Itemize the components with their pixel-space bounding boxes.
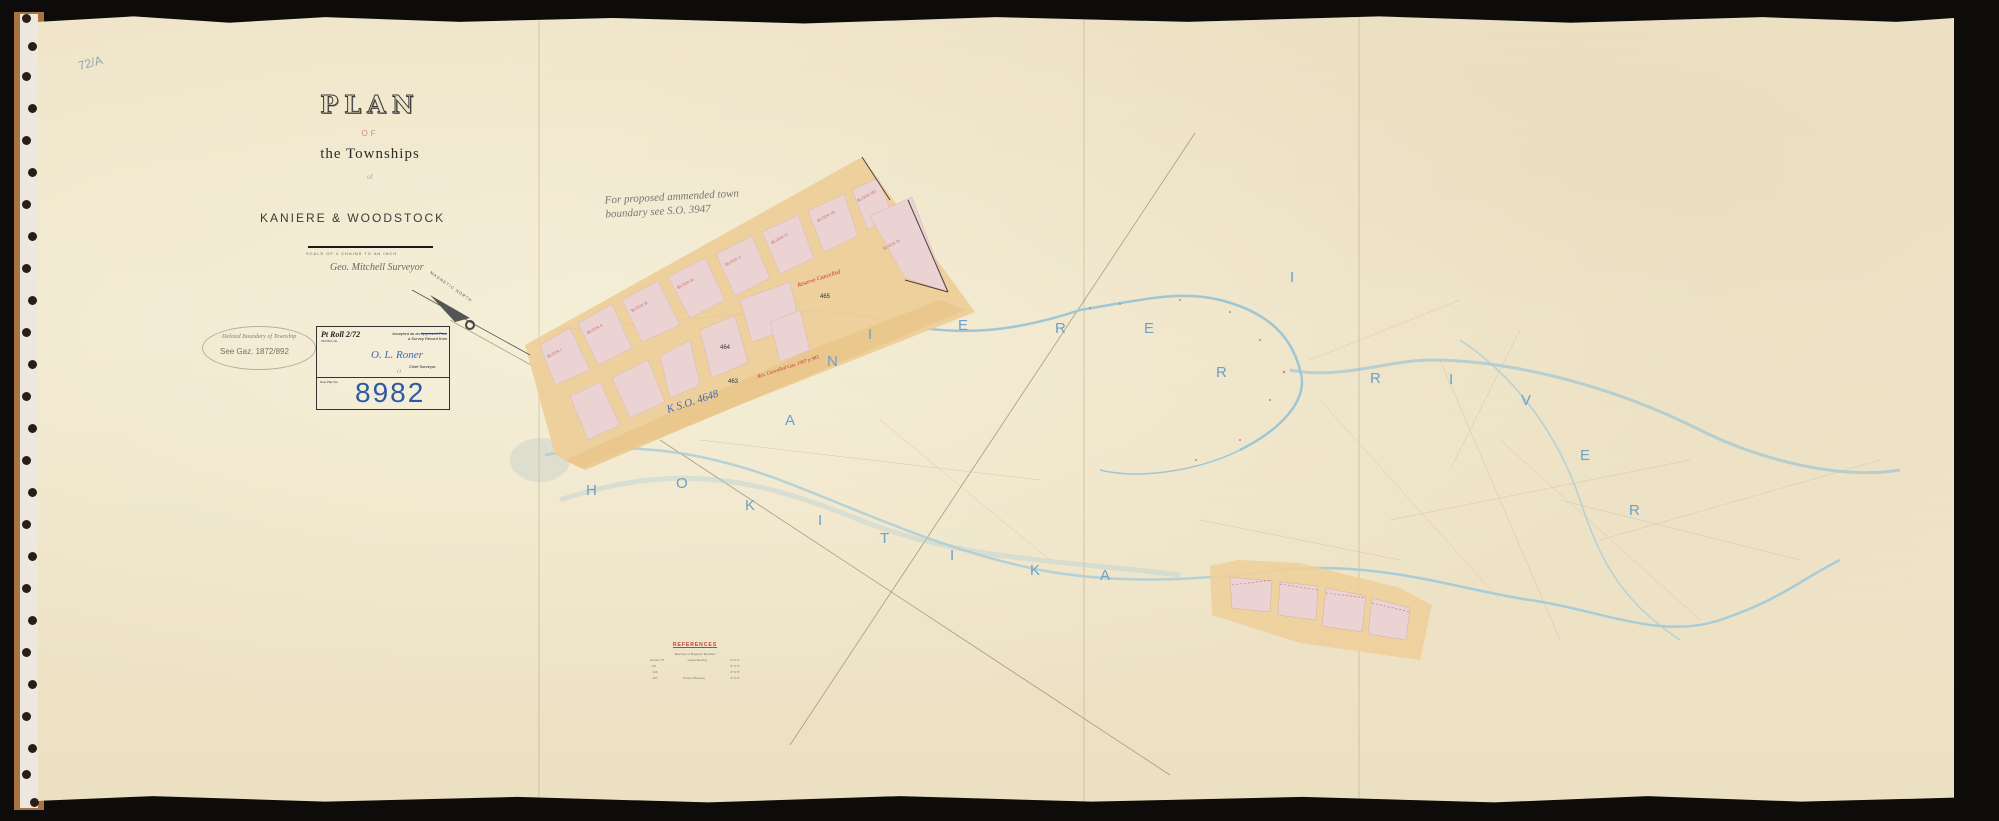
oval-note-line2: See Gaz. 1872/892 [220, 347, 289, 356]
svg-text:R: R [1055, 320, 1066, 337]
svg-text:464: 464 [720, 345, 731, 351]
new-plan-number: 8982 [355, 377, 425, 409]
svg-text:R: R [1216, 364, 1227, 381]
svg-text:I: I [950, 547, 954, 564]
stamp-top-section: Pt Roll 2/72 Old Plan No. Accepted as an… [317, 327, 449, 378]
svg-text:T: T [880, 530, 889, 547]
svg-text:E: E [958, 317, 968, 334]
svg-text:I: I [1290, 269, 1294, 286]
new-plan-label: New Plan No. [320, 380, 338, 384]
references-subtitle: Bearings of Magnetic Meridian [650, 652, 740, 656]
accepted-text: Accepted as an Approved Plan a Survey Re… [375, 331, 447, 341]
title-of-small: of [240, 173, 500, 181]
svg-text:N: N [827, 353, 838, 370]
svg-text:I: I [1449, 371, 1453, 388]
svg-text:I: I [868, 326, 872, 343]
oval-note-line1: Deleted Boundary of Township [222, 334, 296, 340]
svg-text:A: A [785, 412, 795, 429]
reference-row: .. 600° 0' 0" [650, 664, 740, 668]
svg-text:465: 465 [820, 294, 831, 300]
svg-text:A: A [1100, 567, 1110, 584]
svg-text:H: H [586, 482, 597, 499]
reference-row: Section 37Latest Bearing0° 0' 0" [650, 658, 740, 662]
svg-text:I: I [818, 512, 822, 529]
svg-text:R: R [1370, 370, 1381, 387]
reference-row: .. 1360° 0' 0" [650, 670, 740, 674]
svg-text:K: K [1030, 562, 1040, 579]
old-plan-number: Pt Roll 2/72 [321, 330, 360, 339]
references-table: REFERENCES Bearings of Magnetic Meridian… [650, 642, 740, 680]
scale-text: SCALE OF 4 CHAINS TO AN INCH [306, 251, 397, 256]
reference-row: .. 187Present Bearing0° 0' 0" [650, 676, 740, 680]
svg-text:K: K [745, 497, 755, 514]
plan-record-stamp: Pt Roll 2/72 Old Plan No. Accepted as an… [316, 326, 450, 410]
scale-bar [308, 246, 433, 248]
svg-text:V: V [1521, 392, 1531, 409]
township-names: KANIERE & WOODSTOCK [260, 211, 445, 225]
svg-text:463: 463 [728, 379, 739, 385]
kaniere-township: BLOCK I BLOCK II BLOCK III BLOCK IV BLOC… [525, 157, 975, 470]
surveyor-signature: Geo. Mitchell Surveyor [330, 262, 424, 273]
hokitika-river-label: H O K I T I K A [586, 475, 1110, 584]
stamp-date: / / [397, 370, 401, 375]
svg-text:O: O [676, 475, 688, 492]
title-of: OF [240, 129, 500, 138]
old-plan-label: Old Plan No. [321, 339, 338, 343]
chief-surveyor-signature: O. L. Roner [371, 349, 423, 361]
svg-text:E: E [1144, 320, 1154, 337]
svg-text:R: R [1629, 502, 1640, 519]
map-title: PLAN [240, 90, 500, 119]
chief-surveyor-label: Chief Surveyor. [409, 364, 436, 369]
references-title: REFERENCES [650, 642, 740, 648]
svg-text:E: E [1580, 447, 1590, 464]
map-subtitle: the Townships [240, 146, 500, 163]
